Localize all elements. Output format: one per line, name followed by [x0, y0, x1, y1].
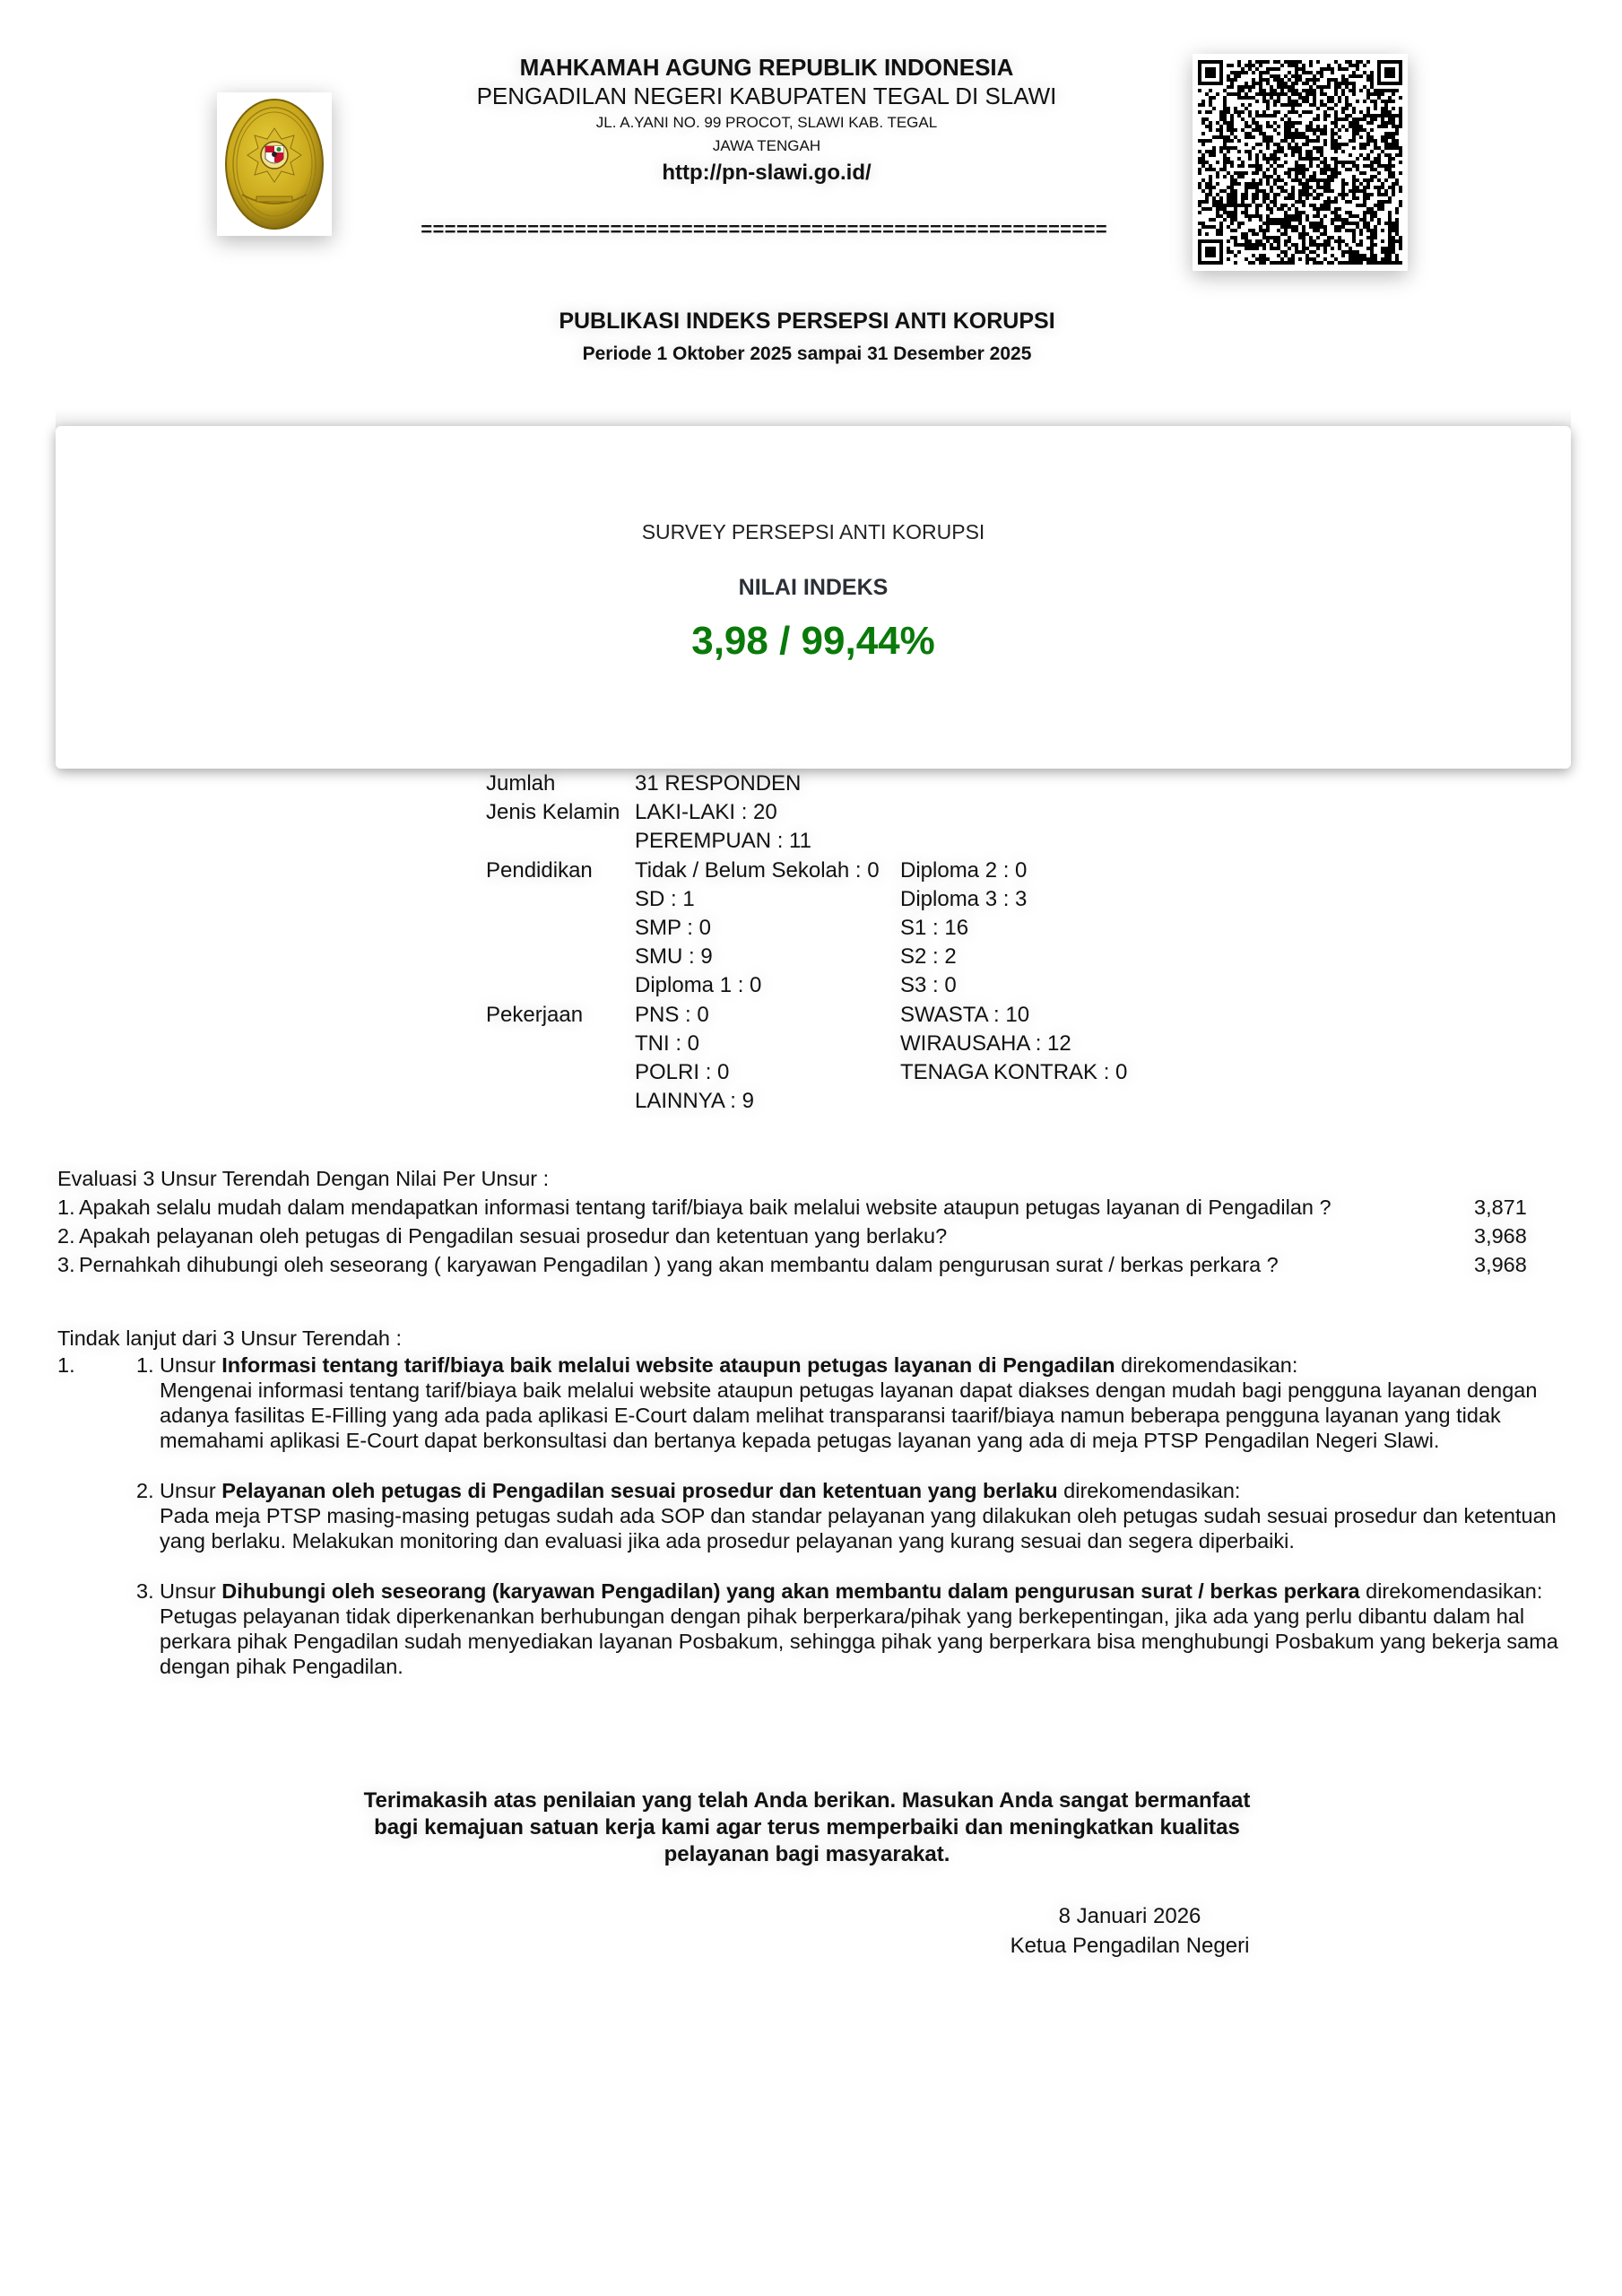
respondent-category	[486, 827, 635, 856]
respondent-category: Pekerjaan	[486, 1001, 635, 1030]
respondent-value	[900, 770, 1127, 798]
follow-up-recommendation: Mengenai informasi tentang tarif/biaya b…	[160, 1378, 1582, 1453]
evaluation-score: 3,968	[1474, 1222, 1537, 1250]
index-value: 3,98 / 99,44%	[56, 619, 1571, 664]
respondent-category: Jenis Kelamin	[486, 798, 635, 827]
survey-name: SURVEY PERSEPSI ANTI KORUPSI	[56, 520, 1571, 544]
respondent-row: TNI : 0WIRAUSAHA : 12	[486, 1030, 1127, 1058]
qr-code	[1193, 54, 1408, 271]
follow-up-item: 2.Unsur Pelayanan oleh petugas di Pengad…	[136, 1478, 1582, 1553]
evaluation-score: 3,871	[1474, 1193, 1537, 1222]
follow-up-suffix: direkomendasikan:	[1058, 1479, 1241, 1502]
follow-up-item: 3.Unsur Dihubungi oleh seseorang (karyaw…	[136, 1578, 1582, 1679]
respondent-table: Jumlah31 RESPONDENJenis KelaminLAKI-LAKI…	[486, 770, 1127, 1116]
evaluation-section: Evaluasi 3 Unsur Terendah Dengan Nilai P…	[57, 1164, 1537, 1279]
follow-up-number: 2.	[136, 1478, 154, 1503]
court-website-link[interactable]: http://pn-slawi.go.id/	[359, 158, 1175, 188]
respondent-value	[900, 827, 1127, 856]
respondent-row: SMU : 9S2 : 2	[486, 943, 1127, 971]
index-label: NILAI INDEKS	[56, 575, 1571, 601]
follow-up-element: Informasi tentang tarif/biaya baik melal…	[221, 1353, 1115, 1377]
follow-up-item: 1.Unsur Informasi tentang tarif/biaya ba…	[136, 1352, 1582, 1453]
respondent-value: TENAGA KONTRAK : 0	[900, 1058, 1127, 1087]
follow-up-prefix: Unsur	[160, 1579, 221, 1603]
respondent-value: Diploma 1 : 0	[635, 971, 900, 1000]
index-card: SURVEY PERSEPSI ANTI KORUPSI NILAI INDEK…	[56, 426, 1571, 769]
respondent-value: Diploma 2 : 0	[900, 857, 1127, 885]
respondent-category: Jumlah	[486, 770, 635, 798]
follow-up-prefix: Unsur	[160, 1353, 221, 1377]
respondent-row: PEREMPUAN : 11	[486, 827, 1127, 856]
follow-up-prefix: Unsur	[160, 1479, 221, 1502]
thank-you-note: Terimakasih atas penilaian yang telah An…	[359, 1787, 1255, 1868]
court-province: JAWA TENGAH	[359, 135, 1175, 158]
court-address: JL. A.YANI NO. 99 PROCOT, SLAWI KAB. TEG…	[359, 111, 1175, 135]
respondent-value	[900, 1087, 1127, 1116]
respondent-row: Diploma 1 : 0S3 : 0	[486, 971, 1127, 1000]
follow-up-number: 1.	[136, 1352, 154, 1378]
follow-up-title: Unsur Dihubungi oleh seseorang (karyawan…	[160, 1578, 1582, 1679]
follow-up-number: 3.	[136, 1578, 154, 1604]
respondent-value: SMU : 9	[635, 943, 900, 971]
respondent-row: PendidikanTidak / Belum Sekolah : 0Diplo…	[486, 857, 1127, 885]
respondent-value: PEREMPUAN : 11	[635, 827, 900, 856]
follow-up-title: Unsur Pelayanan oleh petugas di Pengadil…	[160, 1478, 1582, 1503]
document-title-block: PUBLIKASI INDEKS PERSEPSI ANTI KORUPSI P…	[359, 303, 1255, 370]
court-name: PENGADILAN NEGERI KABUPATEN TEGAL DI SLA…	[359, 81, 1175, 111]
respondent-category	[486, 1058, 635, 1087]
respondent-row: SD : 1Diploma 3 : 3	[486, 885, 1127, 914]
court-logo	[217, 92, 332, 236]
follow-up-list: 1. 1.Unsur Informasi tentang tarif/biaya…	[57, 1352, 1582, 1679]
respondent-value: SMP : 0	[635, 914, 900, 943]
respondent-value: LAINNYA : 9	[635, 1087, 900, 1116]
follow-up-section: Tindak lanjut dari 3 Unsur Terendah : 1.…	[57, 1326, 1582, 1704]
respondent-category: Pendidikan	[486, 857, 635, 885]
respondent-value: TNI : 0	[635, 1030, 900, 1058]
follow-up-recommendation: Pada meja PTSP masing-masing petugas sud…	[160, 1503, 1582, 1553]
respondent-value: POLRI : 0	[635, 1058, 900, 1087]
respondent-category	[486, 1087, 635, 1116]
respondent-value: WIRAUSAHA : 12	[900, 1030, 1127, 1058]
document-period: Periode 1 Oktober 2025 sampai 31 Desembe…	[359, 339, 1255, 370]
respondent-row: LAINNYA : 9	[486, 1087, 1127, 1116]
respondent-value: LAKI-LAKI : 20	[635, 798, 900, 827]
respondent-value: SD : 1	[635, 885, 900, 914]
respondent-value: 31 RESPONDEN	[635, 770, 900, 798]
follow-up-outer-number: 1.	[57, 1352, 75, 1378]
follow-up-element: Pelayanan oleh petugas di Pengadilan ses…	[221, 1479, 1057, 1502]
respondent-category	[486, 971, 635, 1000]
respondent-category	[486, 943, 635, 971]
evaluation-question: Apakah selalu mudah dalam mendapatkan in…	[79, 1193, 1474, 1222]
follow-up-suffix: direkomendasikan:	[1115, 1353, 1298, 1377]
follow-up-element: Dihubungi oleh seseorang (karyawan Penga…	[221, 1579, 1359, 1603]
evaluation-question: Apakah pelayanan oleh petugas di Pengadi…	[79, 1222, 1474, 1250]
evaluation-number: 1.	[57, 1193, 79, 1222]
evaluation-item: 1.Apakah selalu mudah dalam mendapatkan …	[57, 1193, 1537, 1222]
institution-name: MAHKAMAH AGUNG REPUBLIK INDONESIA	[359, 54, 1175, 81]
signature-block: 8 Januari 2026 Ketua Pengadilan Negeri	[968, 1901, 1291, 1961]
respondent-row: POLRI : 0TENAGA KONTRAK : 0	[486, 1058, 1127, 1087]
respondent-value: PNS : 0	[635, 1001, 900, 1030]
respondent-row: Jenis KelaminLAKI-LAKI : 20	[486, 798, 1127, 827]
qr-code-icon	[1198, 60, 1402, 265]
respondent-row: SMP : 0S1 : 16	[486, 914, 1127, 943]
evaluation-question: Pernahkah dihubungi oleh seseorang ( kar…	[79, 1250, 1474, 1279]
respondent-value: S1 : 16	[900, 914, 1127, 943]
evaluation-item: 2.Apakah pelayanan oleh petugas di Penga…	[57, 1222, 1537, 1250]
evaluation-score: 3,968	[1474, 1250, 1537, 1279]
follow-up-heading: Tindak lanjut dari 3 Unsur Terendah :	[57, 1326, 1582, 1351]
respondent-category	[486, 914, 635, 943]
evaluation-number: 3.	[57, 1250, 79, 1279]
respondent-value	[900, 798, 1127, 827]
respondent-value: S3 : 0	[900, 971, 1127, 1000]
respondent-row: Jumlah31 RESPONDEN	[486, 770, 1127, 798]
respondent-row: PekerjaanPNS : 0SWASTA : 10	[486, 1001, 1127, 1030]
respondent-category	[486, 1030, 635, 1058]
document-title: PUBLIKASI INDEKS PERSEPSI ANTI KORUPSI	[359, 303, 1255, 339]
evaluation-item: 3.Pernahkah dihubungi oleh seseorang ( k…	[57, 1250, 1537, 1279]
signature-date: 8 Januari 2026	[968, 1901, 1291, 1931]
mahkamah-agung-emblem-icon	[224, 98, 325, 230]
respondent-value: Tidak / Belum Sekolah : 0	[635, 857, 900, 885]
respondent-category	[486, 885, 635, 914]
follow-up-title: Unsur Informasi tentang tarif/biaya baik…	[160, 1352, 1582, 1378]
respondent-summary: Jumlah31 RESPONDENJenis KelaminLAKI-LAKI…	[486, 770, 1127, 1116]
letterhead: MAHKAMAH AGUNG REPUBLIK INDONESIA PENGAD…	[359, 54, 1175, 188]
respondent-value: S2 : 2	[900, 943, 1127, 971]
respondent-value: SWASTA : 10	[900, 1001, 1127, 1030]
respondent-value: Diploma 3 : 3	[900, 885, 1127, 914]
evaluation-number: 2.	[57, 1222, 79, 1250]
evaluation-list: 1.Apakah selalu mudah dalam mendapatkan …	[57, 1193, 1537, 1279]
header-separator: ========================================…	[360, 218, 1167, 245]
signatory-title: Ketua Pengadilan Negeri	[968, 1931, 1291, 1961]
evaluation-heading: Evaluasi 3 Unsur Terendah Dengan Nilai P…	[57, 1164, 1537, 1193]
